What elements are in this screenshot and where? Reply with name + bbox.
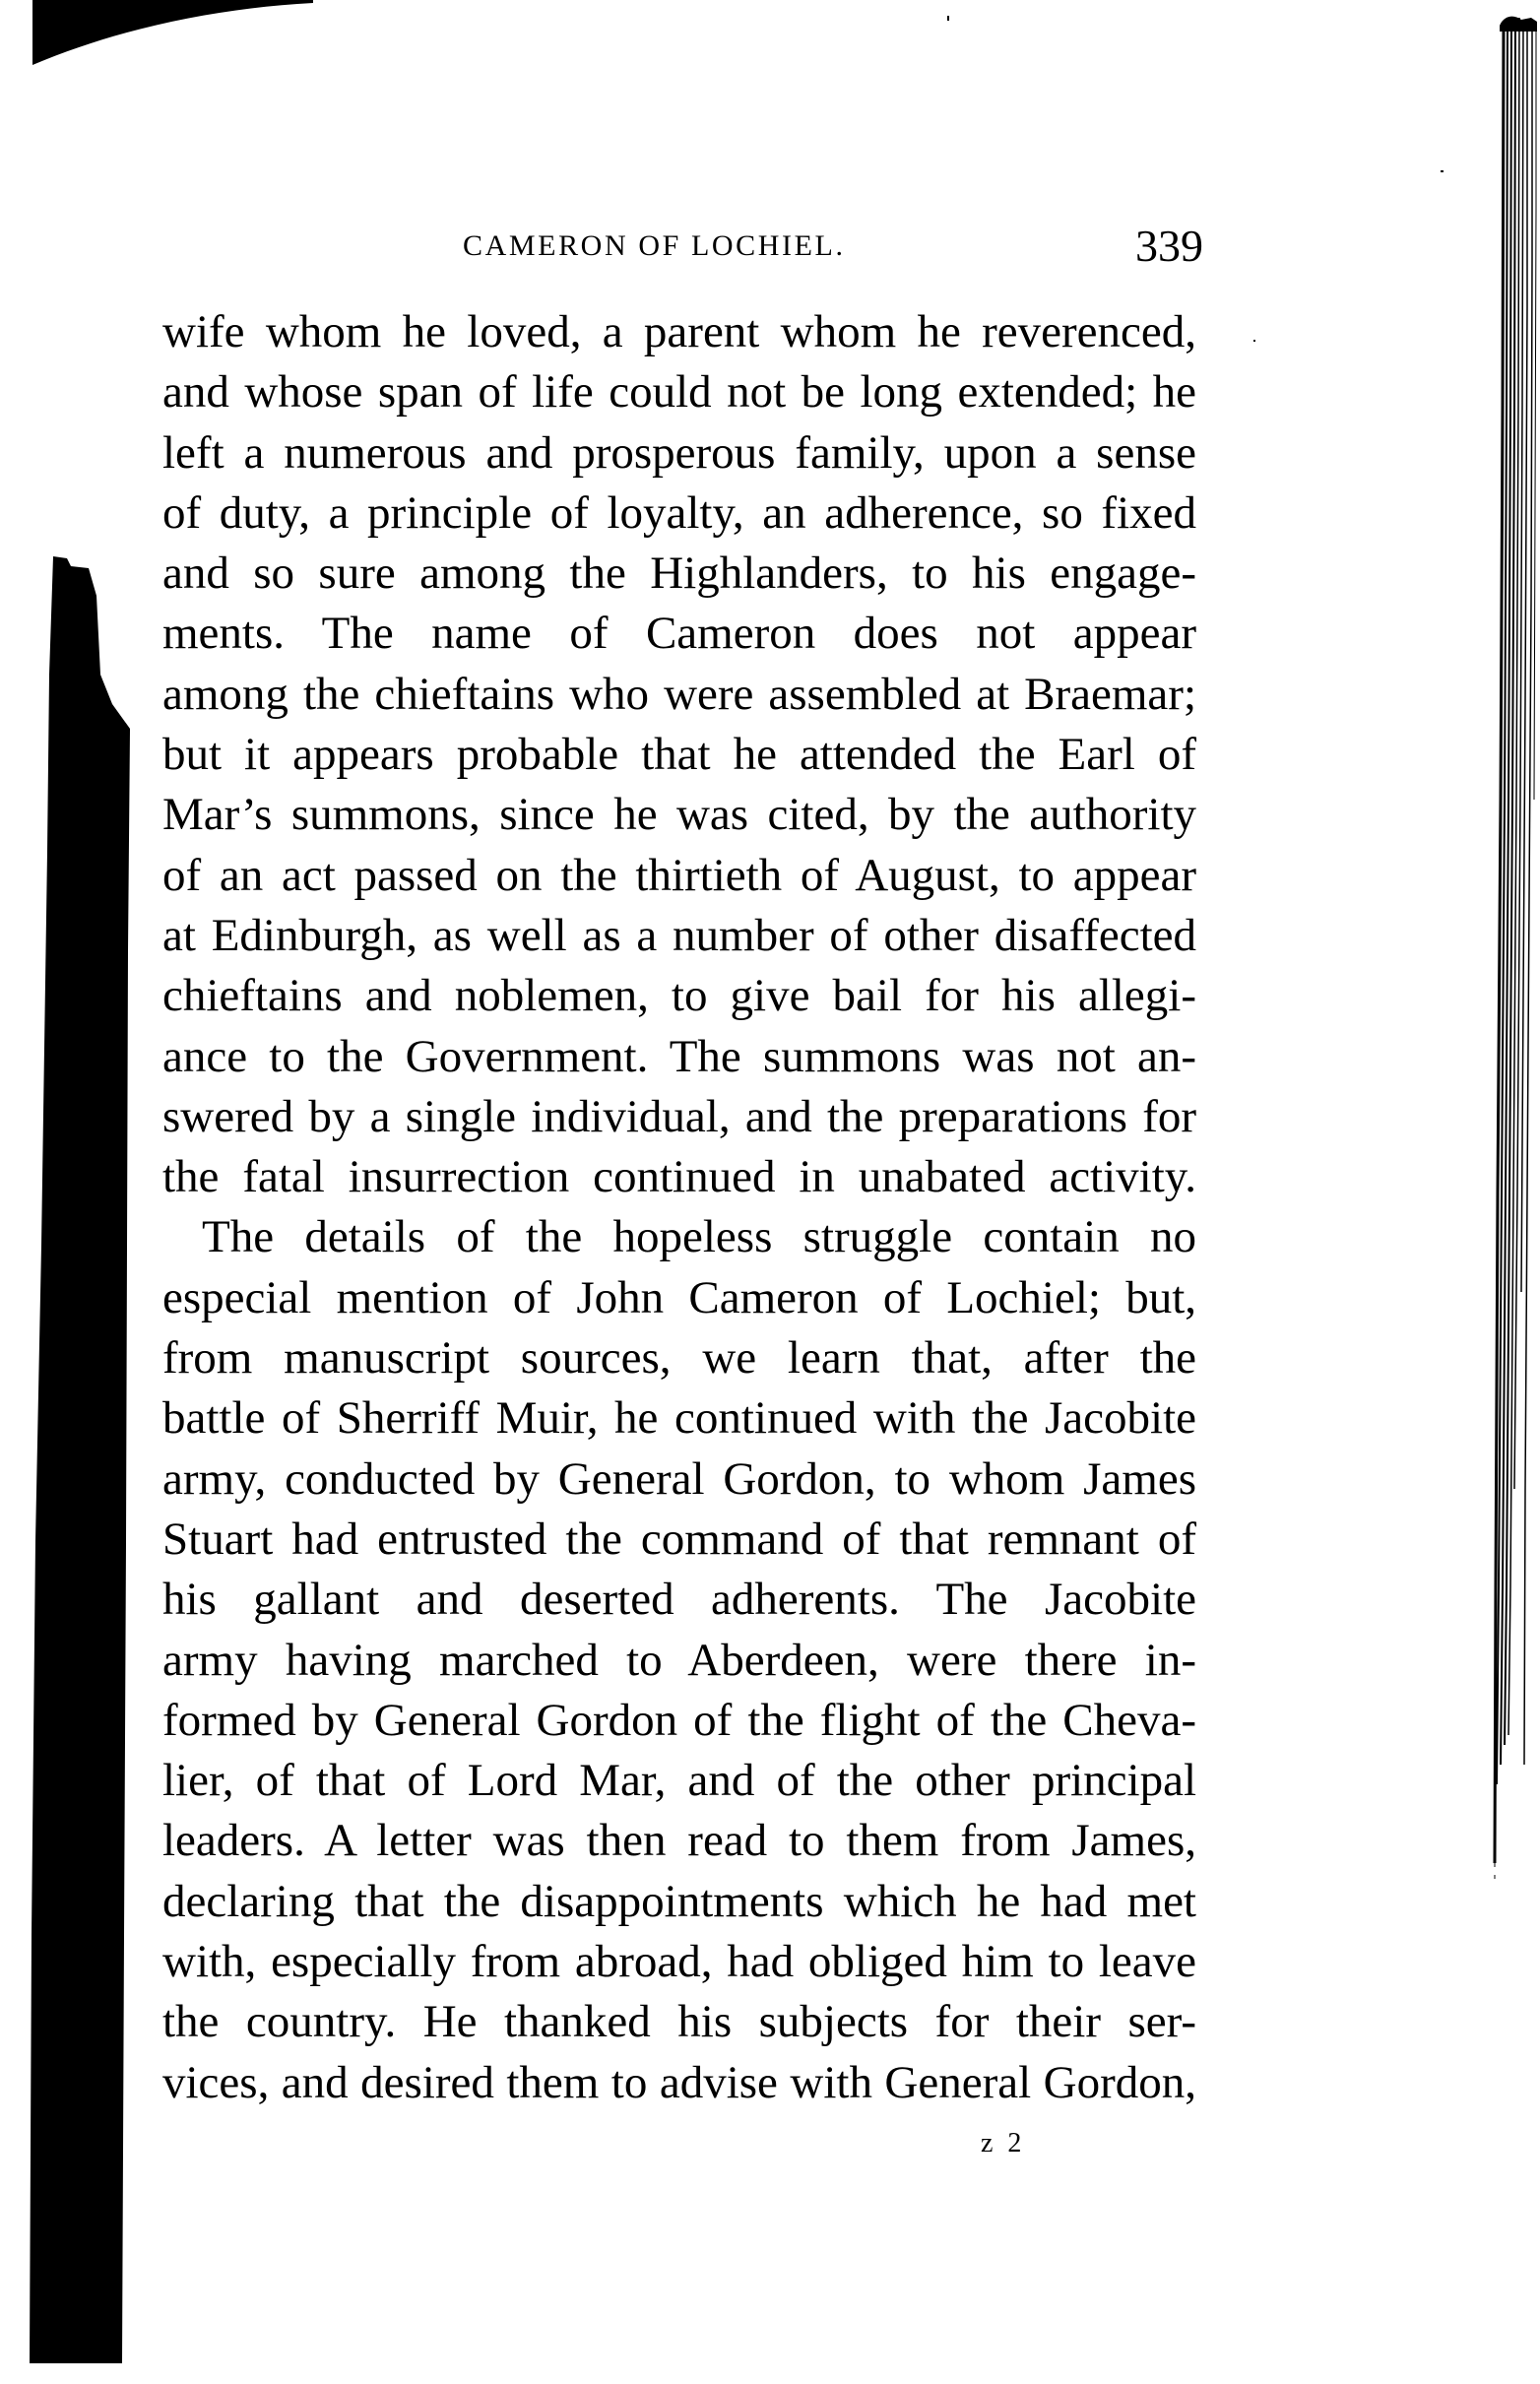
text-line: chieftains and noblemen, to give bail fo…: [162, 966, 1196, 1026]
text-line: and so sure among the Highlanders, to hi…: [162, 544, 1196, 604]
text-line: formed by General Gordon of the flight o…: [162, 1691, 1196, 1751]
text-line: left a numerous and prosperous family, u…: [162, 423, 1196, 483]
text-line: leaders. A letter was then read to them …: [162, 1811, 1196, 1871]
text-line: ance to the Government. The summons was …: [162, 1027, 1196, 1087]
text-line: his gallant and deserted adherents. The …: [162, 1570, 1196, 1630]
text-line: and whose span of life could not be long…: [162, 362, 1196, 422]
text-line: lier, of that of Lord Mar, and of the ot…: [162, 1751, 1196, 1811]
page-number: 339: [1135, 225, 1203, 268]
paragraph-start-line: The details of the hopeless struggle con…: [162, 1207, 1196, 1267]
text-line: with, especially from abroad, had oblige…: [162, 1932, 1196, 1992]
text-line: swered by a single individual, and the p…: [162, 1087, 1196, 1147]
text-line: vices, and desired them to advise with G…: [162, 2053, 1196, 2113]
scan-speck: [1253, 340, 1255, 342]
text-line: but it appears probable that he attended…: [162, 725, 1196, 785]
text-line: of duty, a principle of loyalty, an adhe…: [162, 483, 1196, 544]
body-text: wife whom he loved, a parent whom he rev…: [162, 302, 1196, 2113]
book-spine-shadow: [28, 556, 130, 2363]
running-head: CAMERON OF LOCHIEL. 339: [463, 225, 1203, 268]
text-line: army having marched to Aberdeen, were th…: [162, 1631, 1196, 1691]
text-line: the fatal insurrection continued in unab…: [162, 1147, 1196, 1207]
text-line: from manuscript sources, we learn that, …: [162, 1328, 1196, 1388]
scan-corner-shadow: [32, 0, 313, 65]
signature-mark: z 2: [981, 2127, 1025, 2160]
text-line: Mar’s summons, since he was cited, by th…: [162, 785, 1196, 845]
text-line: at Edinburgh, as well as a number of oth…: [162, 906, 1196, 966]
text-line: battle of Sherriff Muir, he continued wi…: [162, 1388, 1196, 1449]
text-line: the country. He thanked his subjects for…: [162, 1992, 1196, 2052]
text-line: wife whom he loved, a parent whom he rev…: [162, 302, 1196, 362]
text-line: of an act passed on the thirtieth of Aug…: [162, 846, 1196, 906]
text-line: especial mention of John Cameron of Loch…: [162, 1268, 1196, 1328]
text-line: declaring that the disappointments which…: [162, 1872, 1196, 1932]
adjacent-page-edges: [1492, 12, 1540, 1883]
scan-speck: [1441, 170, 1444, 172]
text-line: among the chieftains who were assembled …: [162, 665, 1196, 725]
scan-speck: [947, 16, 949, 21]
text-line: ments. The name of Cameron does not appe…: [162, 604, 1196, 664]
text-line: Stuart had entrusted the command of that…: [162, 1510, 1196, 1570]
text-line: army, conducted by General Gordon, to wh…: [162, 1450, 1196, 1510]
running-head-title: CAMERON OF LOCHIEL.: [463, 225, 846, 268]
